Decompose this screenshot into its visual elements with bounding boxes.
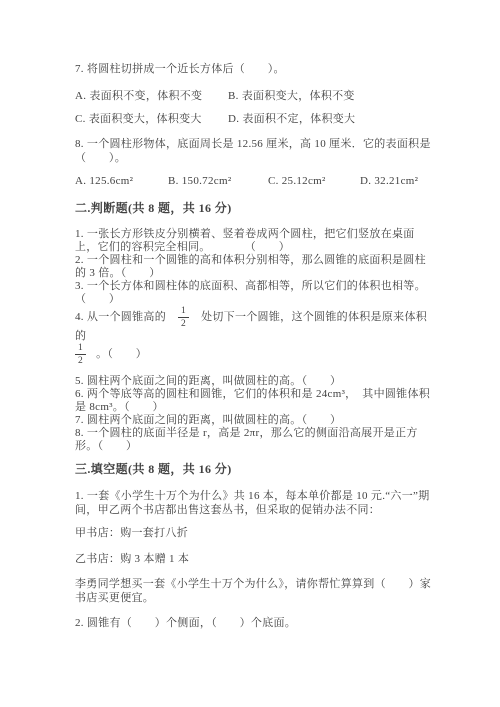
question-7-options-row-1: A. 表面积不变，体积不变 B. 表面积变大，体积不变 <box>75 89 435 103</box>
q4-suffix: 。（ ） <box>96 348 147 360</box>
q4-prefix: 4. 从一个圆锥高的 <box>75 311 166 323</box>
question-8-options-row: A. 125.6cm² B. 150.72cm² C. 25.12cm² D. … <box>75 174 435 188</box>
fill-question-1-task: 李勇同学想买一套《小学生十万个为什么》，请你帮忙算算到（ ）家书店买更便宜。 <box>75 577 435 605</box>
true-false-section: 二.判断题(共 8 题，共 16 分) 1. 一张长方形铁皮分别横着、竖着卷成两… <box>75 201 435 453</box>
q8-option-a: A. 125.6cm² <box>75 174 168 188</box>
judge-questions-5-8: 5. 圆柱两个底面之间的距离，叫做圆柱的高。（ ） 6. 两个等底等高的圆柱和圆… <box>75 375 435 453</box>
q7-option-b: B. 表面积变大，体积不变 <box>228 89 355 103</box>
question-7-text: 7. 将圆柱切拼成一个近长方体后（ ）。 <box>75 62 435 76</box>
q7-option-a: A. 表面积不变，体积不变 <box>75 89 228 103</box>
question-8-text: 8. 一个圆柱形物体，底面周长是 12.56 厘米，高 10 厘米．它的表面积是… <box>75 137 435 165</box>
question-7-options-row-2: C. 表面积变大，体积变大 D. 表面积不定，体积变大 <box>75 112 435 126</box>
q8-option-c: C. 25.12cm² <box>268 174 360 188</box>
q7-option-d: D. 表面积不定，体积变大 <box>228 112 355 126</box>
judge-question-2: 2. 一个圆柱和一个圆锥的高和体积分别相等，那么圆锥的底面积是圆柱的 3 倍。（… <box>75 254 435 280</box>
q8-option-d: D. 32.21cm² <box>360 174 418 188</box>
fill-blank-section: 三.填空题(共 8 题，共 16 分) 1. 一套《小学生十万个为什么》共 16… <box>75 462 435 630</box>
judge-question-7: 7. 圆柱两个底面之间的距离，叫做圆柱的高。（ ） <box>75 414 435 427</box>
judge-question-4-line-1: 4. 从一个圆锥高的12处切下一个圆锥，这个圆锥的体积是原来体积的 <box>75 306 435 343</box>
judge-question-6: 6. 两个等底等高的圆柱和圆锥，它们的体积和是 24cm³， 其中圆锥体积是 8… <box>75 388 435 414</box>
judge-question-5: 5. 圆柱两个底面之间的距离，叫做圆柱的高。（ ） <box>75 375 435 388</box>
store-a-offer: 甲书店：购一套打八折 <box>75 526 435 540</box>
worksheet-page: 7. 将圆柱切拼成一个近长方体后（ ）。 A. 表面积不变，体积不变 B. 表面… <box>0 0 500 707</box>
judge-question-1: 1. 一张长方形铁皮分别横着、竖着卷成两个圆柱，把它们竖放在桌面上，它们的容积完… <box>75 228 435 254</box>
judge-question-3: 3. 一个长方体和圆柱体的底面积、高都相等，所以它们的体积也相等。（ ） <box>75 280 435 306</box>
judge-question-8: 8. 一个圆柱的底面半径是 r，高是 2πr，那么它的侧面沿高展开是正方形。（ … <box>75 427 435 453</box>
q7-option-c: C. 表面积变大，体积变大 <box>75 112 228 126</box>
section-2-title: 二.判断题(共 8 题，共 16 分) <box>75 201 435 216</box>
q8-option-b: B. 150.72cm² <box>168 174 268 188</box>
judge-question-4-line-2: 12。（ ） <box>75 343 435 366</box>
judge-questions-1-3: 1. 一张长方形铁皮分别横着、竖着卷成两个圆柱，把它们竖放在桌面上，它们的容积完… <box>75 228 435 306</box>
store-b-offer: 乙书店：购 3 本赠 1 本 <box>75 552 435 566</box>
fraction-one-half: 12 <box>178 306 189 329</box>
multiple-choice-section: 7. 将圆柱切拼成一个近长方体后（ ）。 A. 表面积不变，体积不变 B. 表面… <box>75 62 435 188</box>
fill-question-1-intro: 1. 一套《小学生十万个为什么》共 16 本，每本单价都是 10 元.“六一”期… <box>75 489 435 517</box>
fill-question-2: 2. 圆锥有（ ）个侧面，（ ）个底面。 <box>75 616 435 630</box>
fraction-one-half: 12 <box>75 343 86 366</box>
section-3-title: 三.填空题(共 8 题，共 16 分) <box>75 462 435 477</box>
